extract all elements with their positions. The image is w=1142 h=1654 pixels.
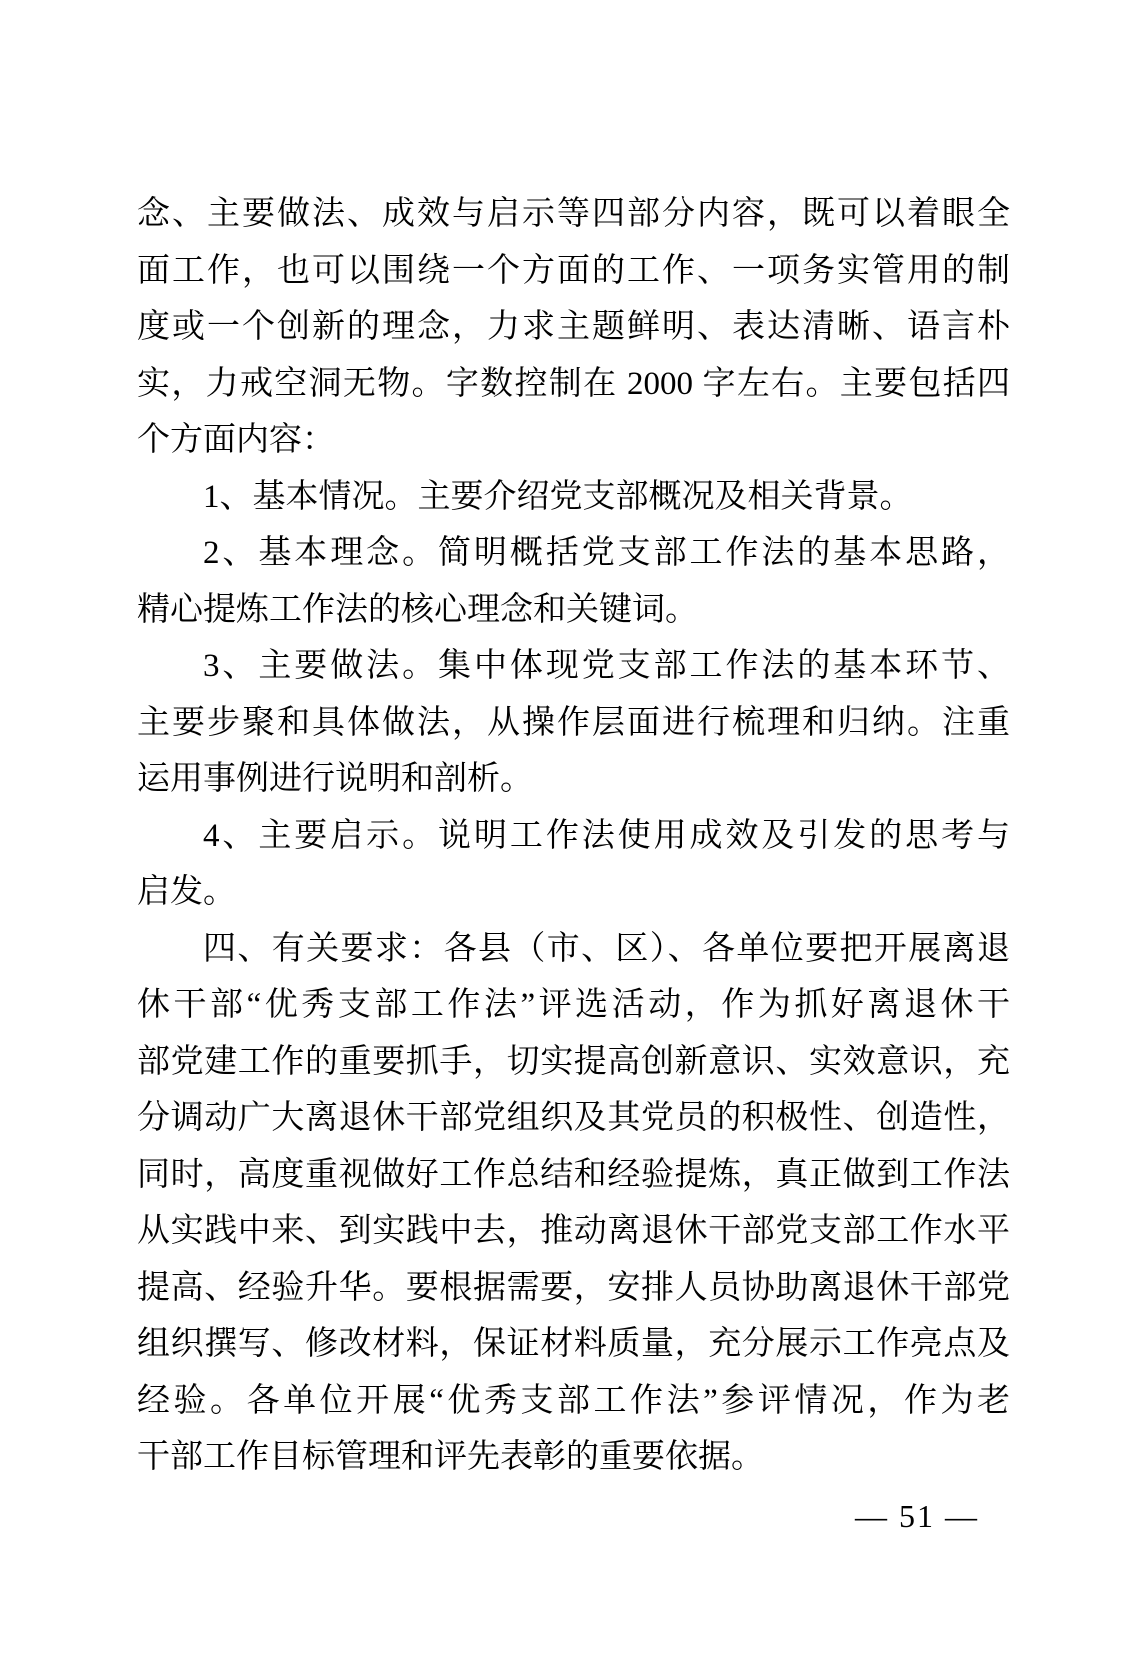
text-line: 提高、经验升华。要根据需要，安排人员协助离退休干部党 [137, 1260, 1010, 1317]
text-line: 运用事例进行说明和剖析。 [137, 751, 1010, 808]
text-line: 休干部“优秀支部工作法”评选活动，作为抓好离退休干 [137, 977, 1010, 1034]
list-item-line: 1、基本情况。主要介绍党支部概况及相关背景。 [137, 469, 1010, 526]
document-page: 念、主要做法、成效与启示等四部分内容，既可以着眼全 面工作，也可以围绕一个方面的… [0, 0, 1142, 1654]
list-item-line: 2、基本理念。简明概括党支部工作法的基本思路， [137, 525, 1010, 582]
document-body: 念、主要做法、成效与启示等四部分内容，既可以着眼全 面工作，也可以围绕一个方面的… [137, 186, 1010, 1486]
text-line: 念、主要做法、成效与启示等四部分内容，既可以着眼全 [137, 186, 1010, 243]
text-line: 度或一个创新的理念，力求主题鲜明、表达清晰、语言朴 [137, 299, 1010, 356]
list-item-line: 3、主要做法。集中体现党支部工作法的基本环节、 [137, 638, 1010, 695]
text-line: 从实践中来、到实践中去，推动离退休干部党支部工作水平 [137, 1203, 1010, 1260]
text-line: 精心提炼工作法的核心理念和关键词。 [137, 582, 1010, 639]
section-heading-line: 四、有关要求：各县（市、区）、各单位要把开展离退 [137, 921, 1010, 978]
text-line: 启发。 [137, 864, 1010, 921]
list-item-line: 4、主要启示。说明工作法使用成效及引发的思考与 [137, 808, 1010, 865]
text-line: 组织撰写、修改材料，保证材料质量，充分展示工作亮点及 [137, 1316, 1010, 1373]
text-line: 干部工作目标管理和评先表彰的重要依据。 [137, 1429, 1010, 1486]
page-number: — 51 — [855, 1496, 979, 1536]
text-line: 主要步聚和具体做法，从操作层面进行梳理和归纳。注重 [137, 695, 1010, 752]
text-line: 个方面内容： [137, 412, 1010, 469]
text-line: 实，力戒空洞无物。字数控制在 2000 字左右。主要包括四 [137, 356, 1010, 413]
text-line: 同时，高度重视做好工作总结和经验提炼，真正做到工作法 [137, 1147, 1010, 1204]
text-line: 经验。各单位开展“优秀支部工作法”参评情况，作为老 [137, 1373, 1010, 1430]
text-line: 分调动广大离退休干部党组织及其党员的积极性、创造性， [137, 1090, 1010, 1147]
text-line: 部党建工作的重要抓手，切实提高创新意识、实效意识，充 [137, 1034, 1010, 1091]
text-line: 面工作，也可以围绕一个方面的工作、一项务实管用的制 [137, 243, 1010, 300]
